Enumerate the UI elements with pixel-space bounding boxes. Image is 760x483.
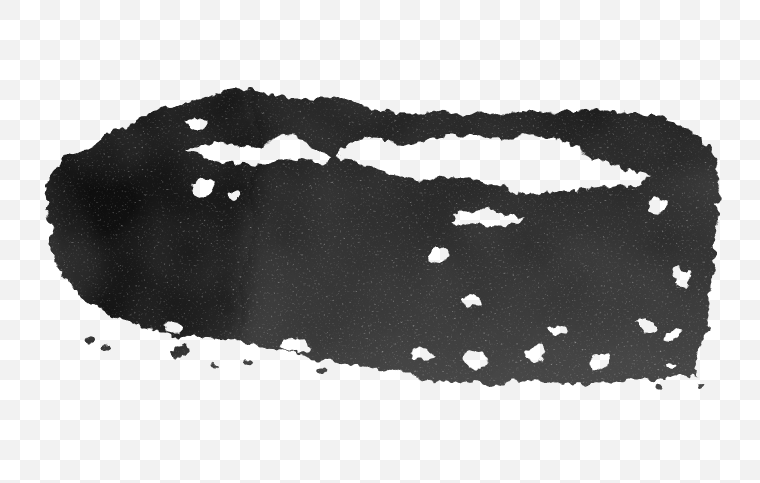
watercolor-brush-stroke [0,0,760,483]
brush-stroke-group [30,80,730,400]
transparency-checkerboard [0,0,760,483]
